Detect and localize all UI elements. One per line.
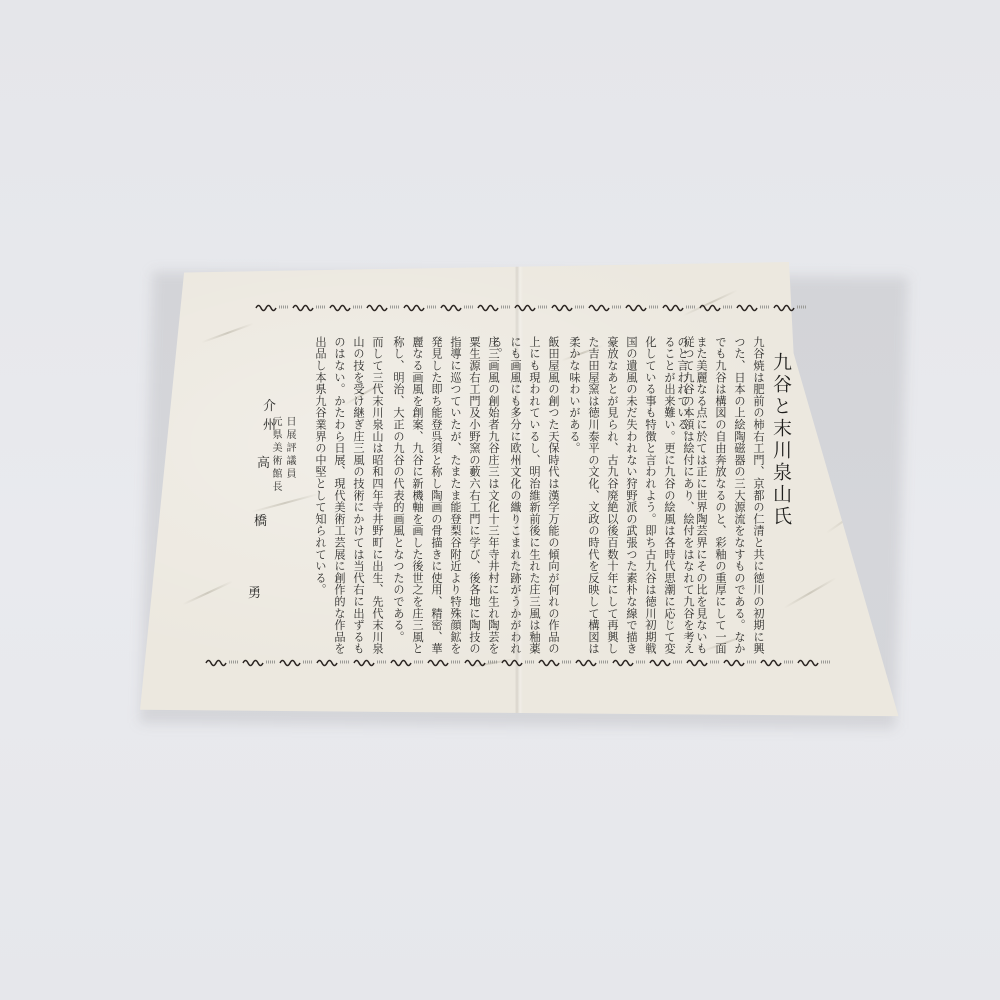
- paragraph-text: 而して三代末川泉山は昭和四年寺井野町に出生、先代末川泉山の技を受け継ぎ庄三風の技…: [311, 336, 387, 666]
- paragraph-5: 而して三代末川泉山は昭和四年寺井野町に出生、先代末川泉山の技を受け継ぎ庄三風の技…: [311, 336, 387, 666]
- paragraph-4: 庄三画風の創始者九谷庄三は文化十三年寺井村に生れ陶芸を粟生源右工門及小野窯の藪六…: [389, 336, 503, 666]
- paragraph-text: 従つて九谷の本領は絵付にあり、絵付をはなれて九谷を考えることが出来難い。更に九谷…: [565, 336, 698, 666]
- paragraph-2: 従つて九谷の本領は絵付にあり、絵付をはなれて九谷を考えることが出来難い。更に九谷…: [565, 336, 698, 666]
- author-pen-name-char-2: 州: [263, 414, 276, 433]
- document-title: 九谷と末川泉山氏: [768, 352, 795, 528]
- top-wave-border: [255, 302, 810, 312]
- author-surname-char-2: 橋: [254, 510, 267, 529]
- paragraph-text: 庄三画風の創始者九谷庄三は文化十三年寺井村に生れ陶芸を粟生源右工門及小野窯の藪六…: [389, 336, 503, 666]
- author-title-1: 日展評議員: [283, 416, 296, 481]
- author-surname-char-1: 高: [257, 452, 270, 471]
- wave-ornament-icon: [255, 302, 810, 312]
- author-given-name-char: 勇: [248, 582, 261, 601]
- author-pen-name-char-1: 介: [263, 395, 276, 414]
